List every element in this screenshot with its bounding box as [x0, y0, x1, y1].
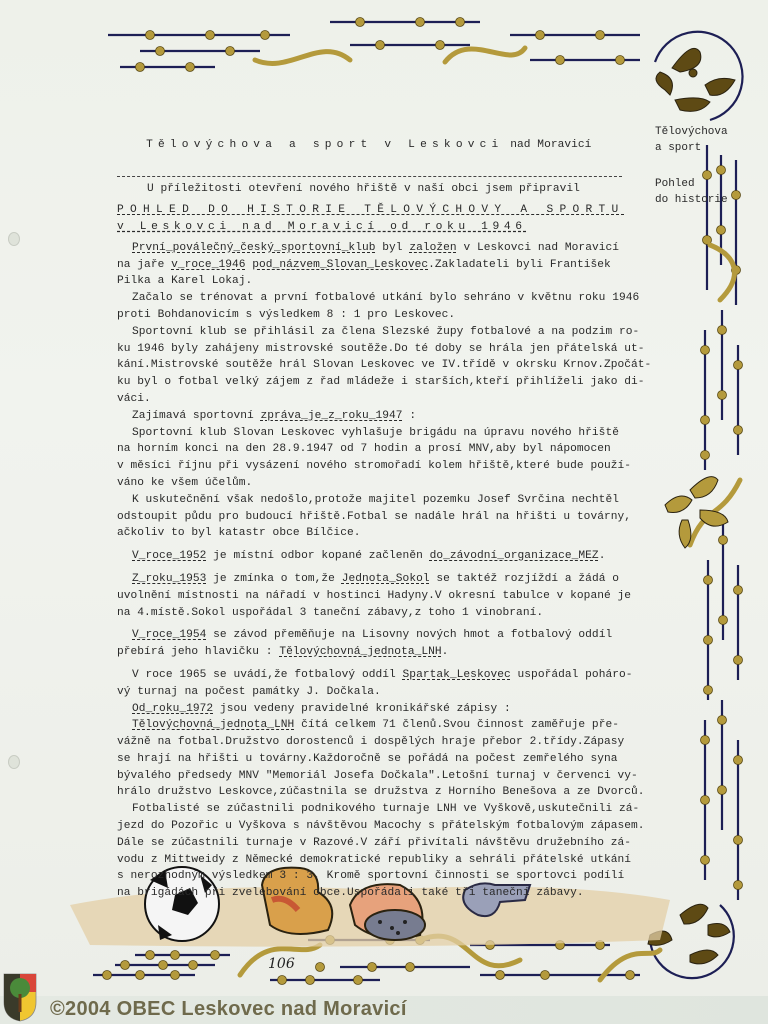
text-segment: v měsíci říjnu při vysázení nového strom…: [117, 460, 631, 472]
text-line: kání.Mistrovské soutěže hrál Slovan Lesk…: [117, 357, 657, 374]
text-line: Z_roku_1953 je zmínka o tom,že Jednota_S…: [117, 571, 657, 588]
text-line: na brigádách při zvelebování obce.Uspořá…: [117, 885, 657, 902]
text-segment: byl: [376, 242, 410, 254]
text-segment: s nerozhodným výsledkem 3 : 3. Kromě spo…: [117, 870, 624, 882]
heading-line-2: v Leskovci nad Moravicí od roku 1946: [117, 219, 657, 236]
text-line: Od_roku_1972 jsou vedeny pravidelné kron…: [117, 701, 657, 718]
underlined-phrase: Tělovýchovná_jednota_LNH: [132, 719, 294, 731]
underlined-phrase: V_roce_1952: [132, 550, 206, 562]
text-line: ku 1946 byly zahájeny mistrovské soutěže…: [117, 341, 657, 358]
text-segment: Zajímavá sportovní: [132, 410, 261, 422]
text-segment: vodu z Mittweidy z Německé demokratické …: [117, 854, 631, 866]
text-segment: se závod přeměňuje na Lisovny nových hmo…: [206, 629, 612, 641]
sidebar-note-history: Pohled do historie: [655, 176, 728, 208]
text-line: V roce 1965 se uvádí,že fotbalový oddíl …: [117, 667, 657, 684]
underlined-phrase: v_roce_1946: [171, 259, 245, 271]
text-segment: na horním konci na den 28.9.1947 od 7 ho…: [117, 443, 611, 455]
underlined-phrase: Z_roku_1953: [132, 573, 206, 585]
text-line: První_poválečný_český_sportovní_klub byl…: [117, 240, 657, 257]
text-segment: proti Bohdanovicím s výsledkem 8 : 1 pro…: [117, 309, 455, 321]
text-line: Začalo se trénovat a první fotbalové utk…: [117, 290, 657, 307]
text-segment: Sportovní klub Slovan Leskovec vyhlašuje…: [132, 427, 619, 439]
text-segment: ku byl o fotbal velký zájem z řad mládež…: [117, 376, 645, 388]
text-segment: na 4.místě.Sokol uspořádal 3 taneční záb…: [117, 607, 543, 619]
text-segment: je místní odbor kopané začleněn: [206, 550, 429, 562]
text-segment: ku 1946 byly zahájeny mistrovské soutěže…: [117, 343, 645, 355]
document-title-suffix: nad Moravicí: [510, 139, 591, 151]
text-line: Fotbalisté se zúčastnili podnikového tur…: [117, 801, 657, 818]
text-segment: čítá celkem 71 členů.Svou činnost zaměřu…: [294, 719, 619, 731]
text-segment: se taktéž rozjíždí a žádá o: [430, 573, 619, 585]
text-segment: .: [599, 550, 606, 562]
title-rule: [117, 170, 622, 177]
text-segment: Fotbalisté se zúčastnili podnikového tur…: [132, 803, 639, 815]
copyright-text: ©2004 OBEC Leskovec nad Moravicí: [50, 998, 407, 1021]
underlined-phrase: zpráva_je_z_roku_1947: [261, 410, 403, 422]
underlined-phrase: Spartak_Leskovec: [403, 669, 511, 681]
text-line: váno ke všem účelům.: [117, 475, 657, 492]
text-line: bývalého předsedy MNV "Memoriál Josefa D…: [117, 768, 657, 785]
underlined-phrase: Od_roku_1972: [132, 703, 213, 715]
text-segment: je zmínka o tom,že: [206, 573, 341, 585]
page-number: 106: [268, 956, 295, 972]
text-segment: vážně na fotbal.Družstvo dorostenců i do…: [117, 736, 624, 748]
text-line: odstoupit půdu pro budoucí hřiště.Fotbal…: [117, 509, 657, 526]
underlined-phrase: pod_názvem_Slovan_Leskovec: [252, 259, 428, 271]
text-line: V_roce_1952 je místní odbor kopané začle…: [117, 548, 657, 565]
text-line: váci.: [117, 391, 657, 408]
text-line: hrálo družstvo Leskovce,zúčastnila se dr…: [117, 784, 657, 801]
text-segment: kání.Mistrovské soutěže hrál Slovan Lesk…: [117, 359, 651, 371]
text-segment: V roce 1965 se uvádí,že fotbalový oddíl: [132, 669, 403, 681]
text-line: Dále se zúčastnili turnaje v Razové.V zá…: [117, 835, 657, 852]
heading-line-1: POHLED DO HISTORIE TĚLOVÝCHOVY A SPORTU: [117, 202, 657, 219]
text-segment: Začalo se trénovat a první fotbalové utk…: [132, 292, 639, 304]
intro-text: U příležitosti otevření nového hřiště v …: [147, 181, 657, 198]
underlined-phrase: založen: [409, 242, 456, 254]
text-line: vodu z Mittweidy z Německé demokratické …: [117, 852, 657, 869]
text-segment: se hrají na hřišti u továrny.Každoročně …: [117, 753, 618, 765]
document-body: Tělovýchova a sport v Leskovci nad Morav…: [117, 120, 657, 902]
text-segment: v Leskovci nad Moravicí: [457, 242, 619, 254]
text-line: na 4.místě.Sokol uspořádal 3 taneční záb…: [117, 605, 657, 622]
text-line: uvolnění místnosti na nářadí v hostinci …: [117, 588, 657, 605]
text-segment: jsou vedeny pravidelné kronikářské zápis…: [213, 703, 511, 715]
text-line: Tělovýchovná_jednota_LNH čítá celkem 71 …: [117, 717, 657, 734]
text-segment: Sportovní klub se přihlásil za člena Sle…: [132, 326, 639, 338]
text-line: vážně na fotbal.Družstvo dorostenců i do…: [117, 734, 657, 751]
text-segment: odstoupit půdu pro budoucí hřiště.Fotbal…: [117, 511, 631, 523]
text-line: jezd do Pozořic u Vyškova s návštěvou Ma…: [117, 818, 657, 835]
text-line: vý turnaj na počest památky J. Dočkala.: [117, 684, 657, 701]
sidebar-note-topic: Tělovýchova a sport: [655, 124, 728, 156]
text-segment: Pilka a Karel Lokaj.: [117, 275, 252, 287]
text-line: V_roce_1954 se závod přeměňuje na Lisovn…: [117, 627, 657, 644]
text-segment: K uskutečnění však nedošlo,protože majit…: [132, 494, 619, 506]
underlined-phrase: První_poválečný_český_sportovní_klub: [132, 242, 376, 254]
text-segment: uvolnění místnosti na nářadí v hostinci …: [117, 590, 631, 602]
text-segment: váci.: [117, 393, 151, 405]
text-line: ačkoliv to byl katastr obce Bílčice.: [117, 525, 657, 542]
underlined-phrase: do_závodní_organizace_MEZ: [430, 550, 599, 562]
text-segment: přebírá jeho hlavičku :: [117, 646, 279, 658]
text-line: v měsíci říjnu při vysázení nového strom…: [117, 458, 657, 475]
text-segment: uspořádal pohárо-: [511, 669, 633, 681]
text-line: Pilka a Karel Lokaj.: [117, 273, 657, 290]
text-segment: jezd do Pozořic u Vyškova s návštěvou Ma…: [117, 820, 645, 832]
text-line: Sportovní klub se přihlásil za člena Sle…: [117, 324, 657, 341]
text-segment: váno ke všem účelům.: [117, 477, 252, 489]
paragraph-lines: První_poválečný_český_sportovní_klub byl…: [117, 240, 657, 902]
text-segment: .Zakladateli byli František: [428, 259, 611, 271]
underlined-phrase: Jednota_Sokol: [342, 573, 430, 585]
text-segment: Dále se zúčastnili turnaje v Razové.V zá…: [117, 837, 631, 849]
text-line: na horním konci na den 28.9.1947 od 7 ho…: [117, 441, 657, 458]
text-segment: bývalého předsedy MNV "Memoriál Josefa D…: [117, 770, 638, 782]
text-line: proti Bohdanovicím s výsledkem 8 : 1 pro…: [117, 307, 657, 324]
text-segment: ačkoliv to byl katastr obce Bílčice.: [117, 527, 361, 539]
underlined-phrase: Tělovýchovná_jednota_LNH: [279, 646, 441, 658]
underlined-phrase: V_roce_1954: [132, 629, 206, 641]
text-line: přebírá jeho hlavičku : Tělovýchovná_jed…: [117, 644, 657, 661]
text-segment: :: [403, 410, 417, 422]
text-line: Sportovní klub Slovan Leskovec vyhlašuje…: [117, 425, 657, 442]
text-line: s nerozhodným výsledkem 3 : 3. Kromě spo…: [117, 868, 657, 885]
text-line: se hrají na hřišti u továrny.Každoročně …: [117, 751, 657, 768]
document-title: Tělovýchova a sport v Leskovci: [146, 139, 503, 151]
text-line: K uskutečnění však nedošlo,protože majit…: [117, 492, 657, 509]
text-line: ku byl o fotbal velký zájem z řad mládež…: [117, 374, 657, 391]
text-line: na jaře v_roce_1946 pod_názvem_Slovan_Le…: [117, 257, 657, 274]
text-segment: na jaře: [117, 259, 171, 271]
text-segment: hrálo družstvo Leskovce,zúčastnila se dr…: [117, 786, 645, 798]
text-segment: vý turnaj na počest památky J. Dočkala.: [117, 686, 381, 698]
text-segment: .: [442, 646, 449, 658]
municipal-crest-icon: [2, 972, 38, 1022]
text-line: Zajímavá sportovní zpráva_je_z_roku_1947…: [117, 408, 657, 425]
text-segment: na brigádách při zvelebování obce.Uspořá…: [117, 887, 584, 899]
